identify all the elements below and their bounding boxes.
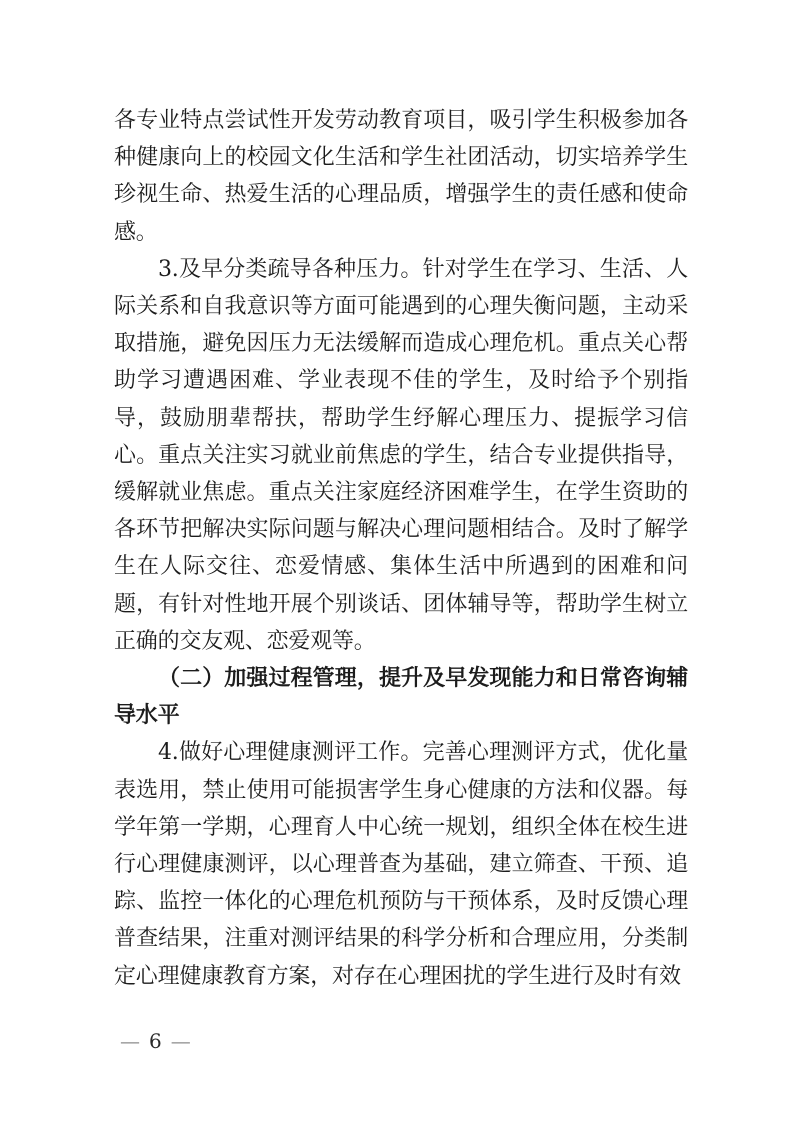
paragraph-item-4: 4.做好心理健康测评工作。完善心理测评方式，优化量表选用，禁止使用可能损害学生身… [114,734,688,994]
page-number-dash-left: — [120,1029,140,1053]
document-body: 各专业特点尝试性开发劳动教育项目，吸引学生积极参加各种健康向上的校园文化生活和学… [114,102,688,995]
section-heading-2: （二）加强过程管理，提升及早发现能力和日常咨询辅导水平 [114,660,688,734]
paragraph-continuation: 各专业特点尝试性开发劳动教育项目，吸引学生积极参加各种健康向上的校园文化生活和学… [114,102,688,251]
paragraph-item-3: 3.及早分类疏导各种压力。针对学生在学习、生活、人际关系和自我意识等方面可能遇到… [114,251,688,660]
page-number-value: 6 [149,1029,162,1053]
page-number-dash-right: — [171,1029,191,1053]
document-page: 各专业特点尝试性开发劳动教育项目，吸引学生积极参加各种健康向上的校园文化生活和学… [0,0,799,1130]
page-number: — 6 — [120,1029,191,1053]
